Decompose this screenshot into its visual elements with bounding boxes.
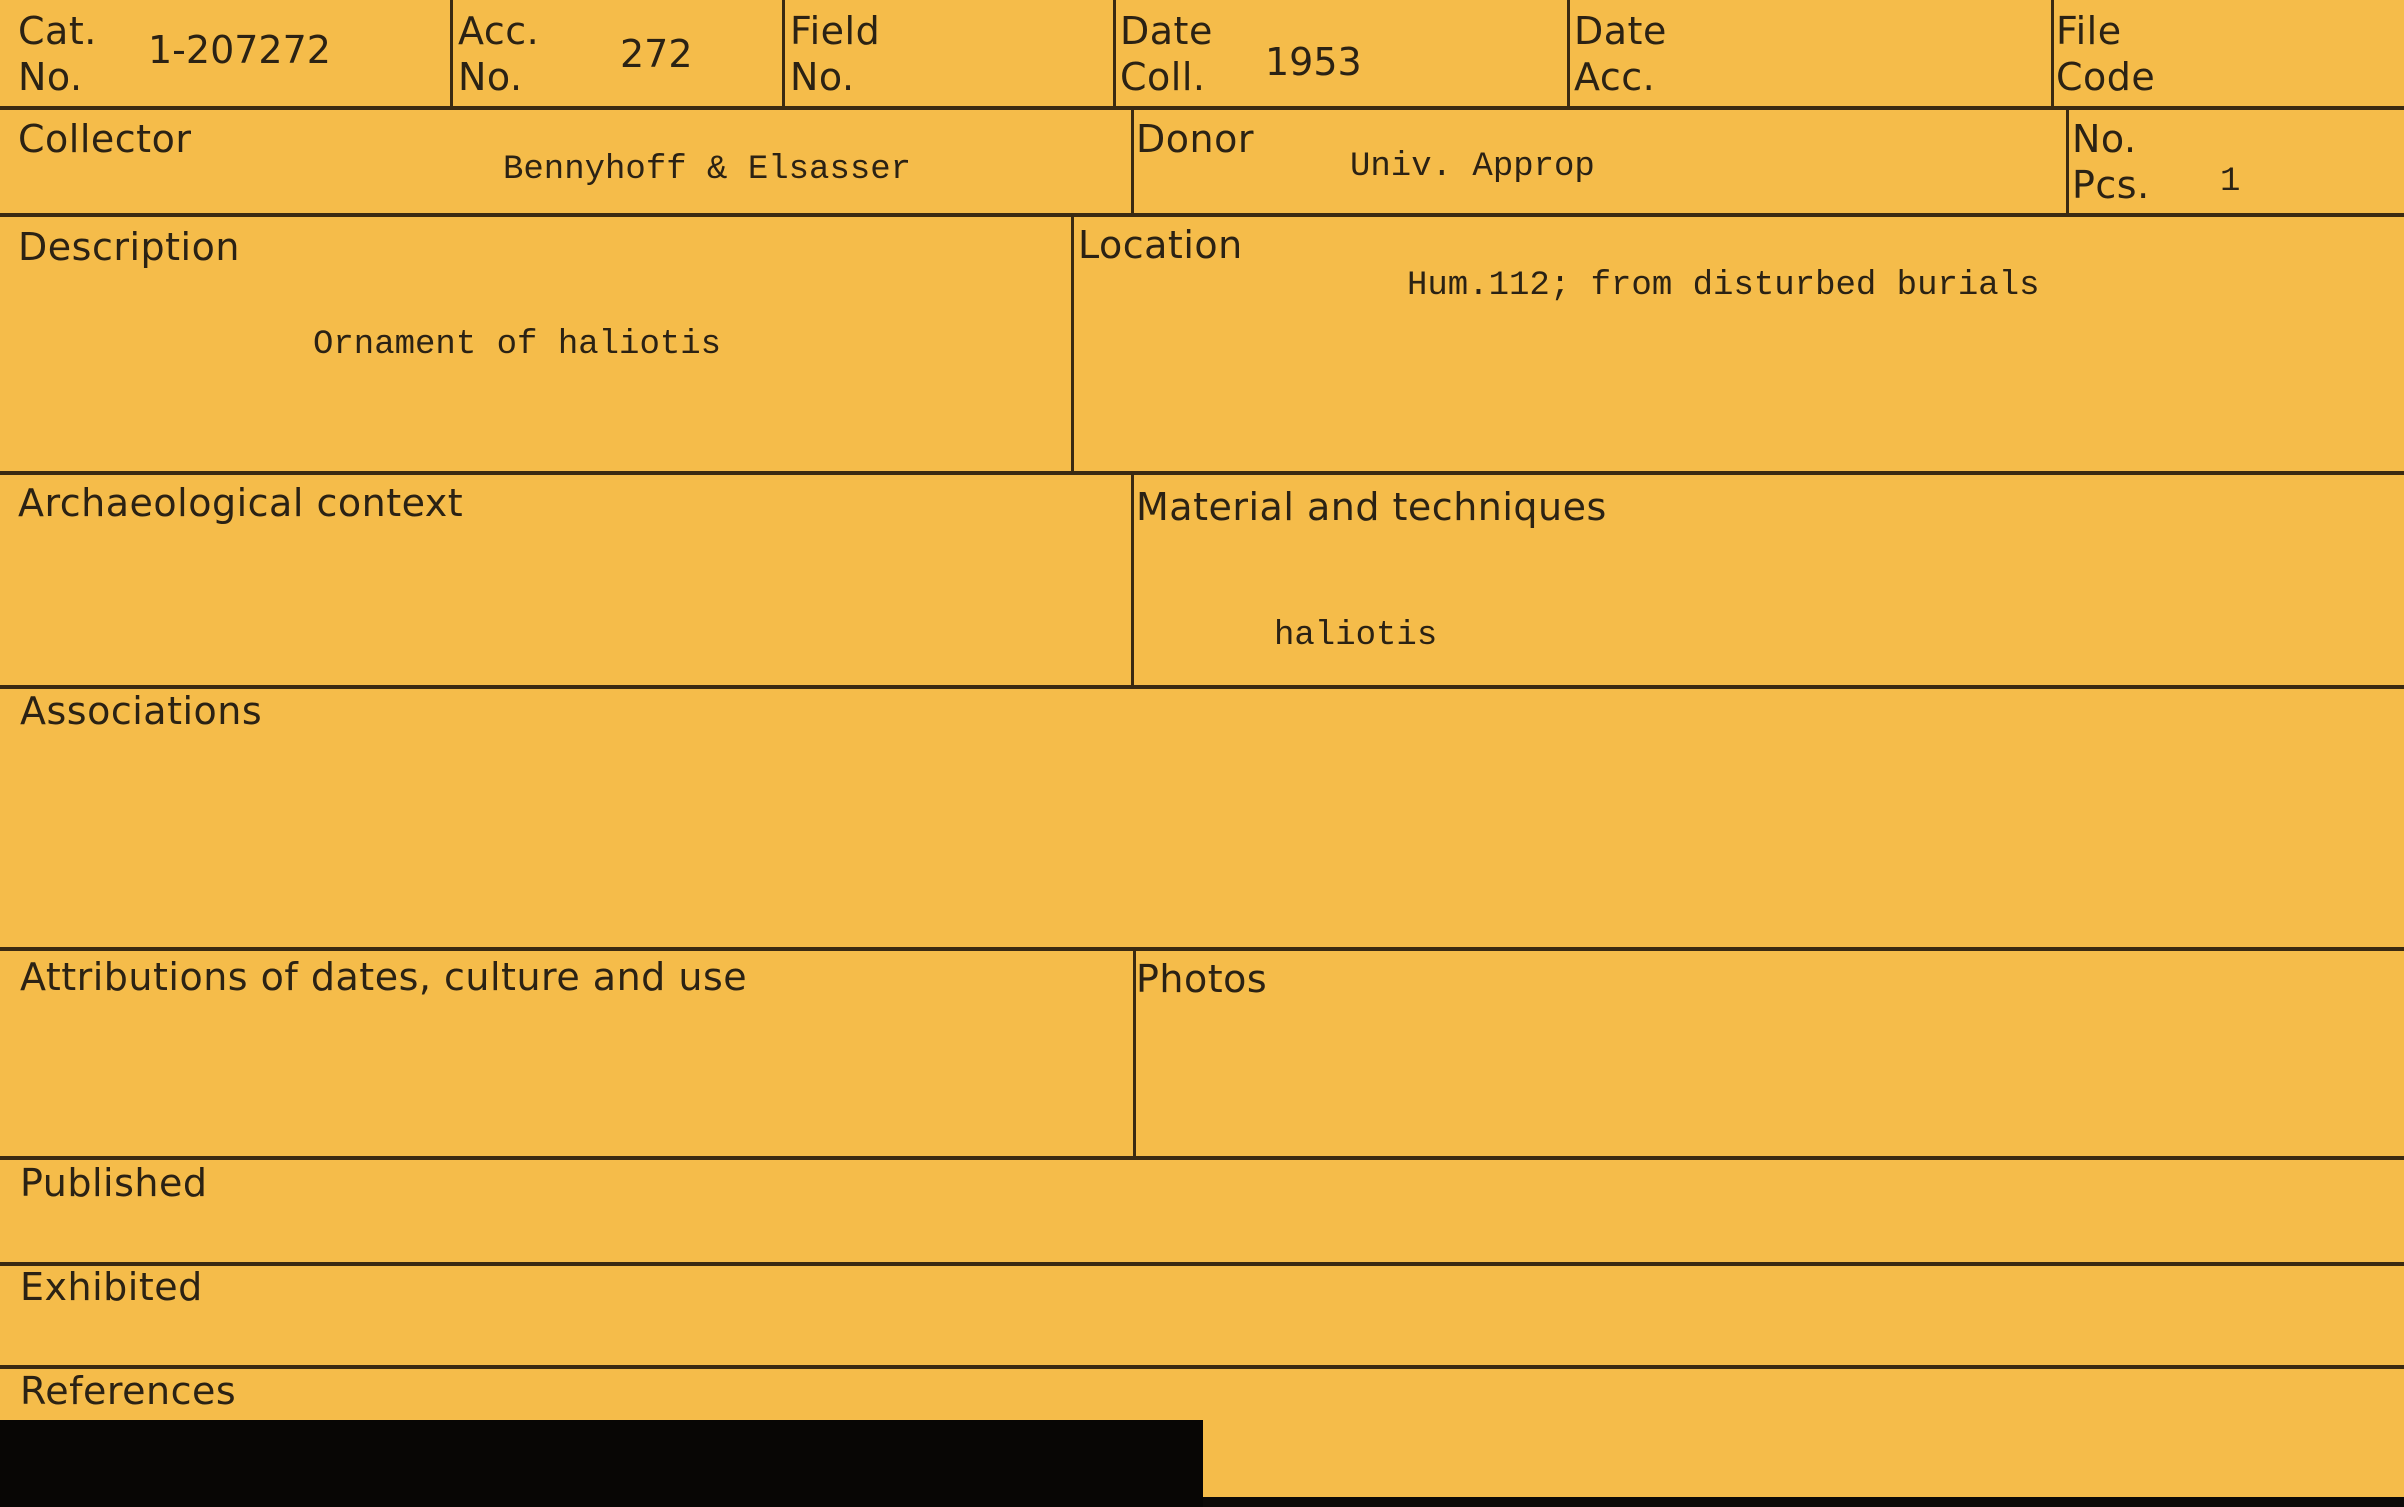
description-value: Ornament of haliotis: [313, 325, 721, 365]
date-coll-value: 1953: [1265, 40, 1362, 84]
donor-value: Univ. Approp: [1350, 147, 1595, 187]
no-pcs-label: No. Pcs.: [2072, 116, 2150, 208]
material-techniques-label: Material and techniques: [1136, 484, 1607, 530]
exhibited-label: Exhibited: [20, 1264, 203, 1310]
row-divider-7: [0, 1262, 2404, 1266]
row-divider-1: [0, 106, 2404, 110]
associations-label: Associations: [20, 688, 262, 734]
col-divider: [2051, 0, 2054, 108]
file-code-label: File Code: [2056, 8, 2155, 100]
col-divider: [1113, 0, 1116, 108]
material-techniques-value: haliotis: [1274, 616, 1437, 656]
row-divider-4: [0, 685, 2404, 689]
col-divider: [782, 0, 785, 108]
photos-label: Photos: [1136, 956, 1267, 1002]
row-divider-2: [0, 213, 2404, 217]
attributions-label: Attributions of dates, culture and use: [20, 954, 747, 1000]
archaeological-context-label: Archaeological context: [18, 480, 463, 526]
date-coll-label: Date Coll.: [1120, 8, 1213, 100]
collector-label: Collector: [18, 116, 191, 162]
row-divider-6: [0, 1156, 2404, 1160]
scan-edge-shadow-right: [1203, 1497, 2404, 1507]
scan-edge-shadow: [0, 1420, 1203, 1507]
col-divider: [1567, 0, 1570, 108]
collector-value: Bennyhoff & Elsasser: [503, 150, 911, 190]
col-divider: [450, 0, 453, 108]
row-divider-5: [0, 947, 2404, 951]
acc-no-label: Acc. No.: [458, 8, 539, 100]
location-label: Location: [1078, 222, 1243, 268]
location-value: Hum.112; from disturbed burials: [1407, 266, 2040, 306]
date-acc-label: Date Acc.: [1574, 8, 1667, 100]
row-divider-3: [0, 471, 2404, 475]
row-divider-8: [0, 1365, 2404, 1369]
catalog-card: Cat. No. 1-207272 Acc. No. 272 Field No.…: [0, 0, 2404, 1507]
cat-no-label: Cat. No.: [18, 8, 97, 100]
col-divider: [1131, 108, 1134, 215]
col-divider: [1071, 215, 1074, 473]
references-label: References: [20, 1368, 236, 1414]
donor-label: Donor: [1136, 116, 1254, 162]
cat-no-value: 1-207272: [148, 28, 331, 72]
no-pcs-value: 1: [2220, 162, 2240, 202]
acc-no-value: 272: [620, 32, 693, 76]
published-label: Published: [20, 1160, 207, 1206]
field-no-label: Field No.: [790, 8, 880, 100]
description-label: Description: [18, 224, 240, 270]
col-divider: [1131, 473, 1134, 687]
col-divider: [2066, 108, 2069, 215]
